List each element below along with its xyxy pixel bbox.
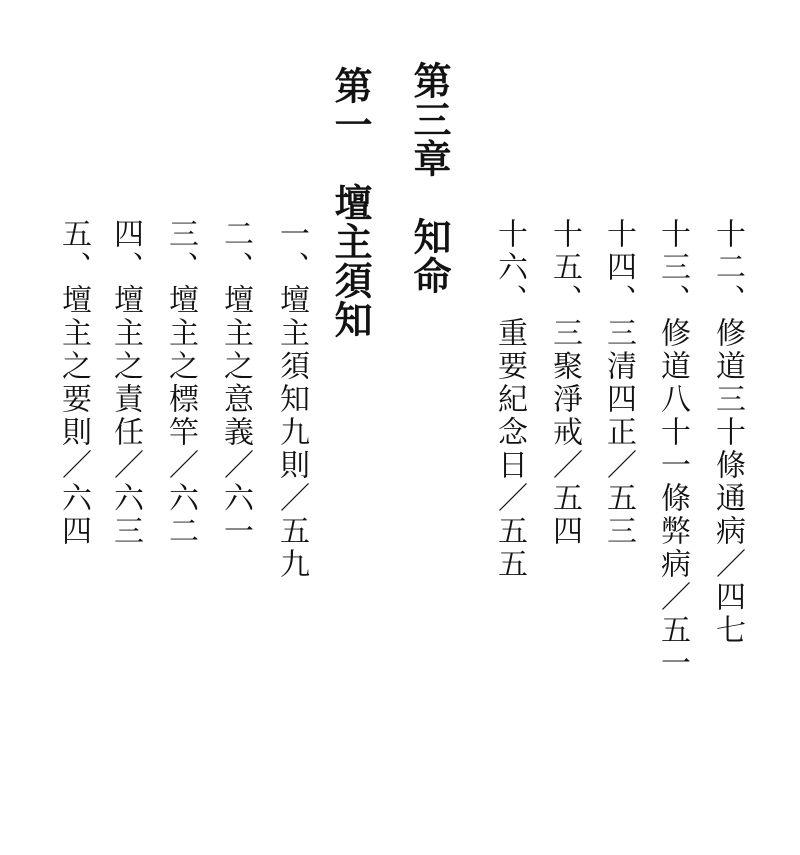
toc-entry-1: 一、壇主須知九則／五九 bbox=[275, 218, 307, 581]
toc-entry-2: 二、壇主之意義／六一 bbox=[219, 218, 251, 548]
toc-page: 十二、修道三十條通病／四七 十三、修道八十一條弊病／五一 十四、三清四正／五三 … bbox=[0, 0, 800, 855]
toc-entry-5: 五、壇主之要則／六四 bbox=[57, 218, 89, 548]
toc-entry-12: 十二、修道三十條通病／四七 bbox=[711, 218, 743, 647]
toc-entry-4: 四、壇主之責任／六三 bbox=[109, 218, 141, 548]
toc-entry-15: 十五、三聚淨戒／五四 bbox=[548, 218, 580, 548]
toc-entry-3: 三、壇主之標竿／六二 bbox=[164, 218, 196, 548]
toc-entry-16: 十六、重要紀念日／五五 bbox=[493, 218, 525, 581]
toc-entry-13: 十三、修道八十一條弊病／五一 bbox=[656, 218, 688, 680]
section-heading: 第一 壇主須知 bbox=[328, 66, 370, 339]
chapter-heading: 第三章 知命 bbox=[407, 61, 449, 295]
toc-entry-14: 十四、三清四正／五三 bbox=[602, 218, 634, 548]
